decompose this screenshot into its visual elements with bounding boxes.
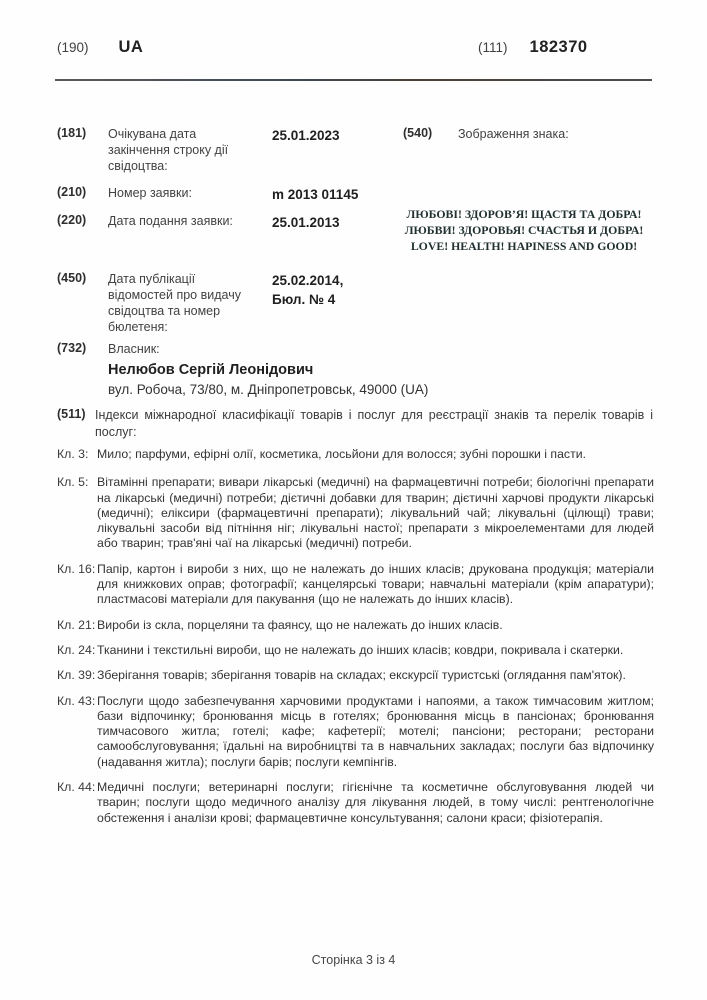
owner-name: Нелюбов Сергій Леонідович (108, 362, 313, 378)
owner-address: вул. Робоча, 73/80, м. Дніпропетровськ, … (108, 382, 428, 397)
trademark-certificate-page: (190) UA (111) 182370 (181) Очікувана да… (0, 0, 707, 1000)
header-right: (111) 182370 (478, 38, 588, 57)
class-row: Кл. 3: Мило; парфуми, ефірні олії, косме… (57, 447, 654, 462)
trademark-text: ЛЮБОВІ! ЗДОРОВ’Я! ЩАСТЯ ТА ДОБРА! ЛЮБВИ!… (398, 206, 650, 255)
field-owner: (732) Власник: (57, 341, 260, 357)
field-publication-date: (450) Дата публікації відомостей про вид… (57, 271, 452, 335)
classes-list: Кл. 3: Мило; парфуми, ефірні олії, косме… (57, 447, 654, 836)
class-description: Послуги щодо забезпечування харчовими пр… (97, 694, 654, 770)
field-application-number: (210) Номер заявки: m 2013 01145 (57, 185, 452, 204)
class-number: Кл. 3: (57, 447, 97, 462)
application-number-value: m 2013 01145 (272, 185, 452, 204)
application-number-label: Номер заявки: (108, 185, 260, 201)
class-description: Медичні послуги; ветеринарні послуги; гі… (97, 780, 654, 826)
header-divider (55, 79, 652, 81)
class-number: Кл. 43: (57, 694, 97, 770)
inid-code-111: (111) (478, 40, 508, 55)
expiry-date-label: Очікувана дата закінчення строку дії сві… (108, 126, 260, 174)
class-number: Кл. 39: (57, 668, 97, 683)
class-row: Кл. 16: Папір, картон і вироби з них, що… (57, 562, 654, 608)
field-classification: (511) Індекси міжнародної класифікації т… (57, 407, 653, 441)
filing-date-label: Дата подання заявки: (108, 213, 260, 229)
class-description: Зберігання товарів; зберігання товарів н… (97, 668, 654, 683)
field-expiry-date: (181) Очікувана дата закінчення строку д… (57, 126, 452, 174)
class-number: Кл. 16: (57, 562, 97, 608)
publication-date-value: 25.02.2014, Бюл. № 4 (272, 271, 452, 309)
inid-code-511: (511) (57, 407, 95, 441)
registration-number: 182370 (530, 38, 588, 57)
class-number: Кл. 44: (57, 780, 97, 826)
inid-code-540: (540) (403, 126, 458, 142)
country-code: UA (119, 38, 144, 57)
class-description: Вітамінні препарати; вивари лікарські (м… (97, 475, 654, 551)
classification-label: Індекси міжнародної класифікації товарів… (95, 407, 653, 441)
owner-label: Власник: (108, 341, 260, 357)
inid-code-181: (181) (57, 126, 108, 140)
class-number: Кл. 21: (57, 618, 97, 633)
inid-code-732: (732) (57, 341, 108, 357)
class-number: Кл. 24: (57, 643, 97, 658)
class-row: Кл. 21: Вироби із скла, порцеляни та фая… (57, 618, 654, 633)
class-row: Кл. 43: Послуги щодо забезпечування харч… (57, 694, 654, 770)
class-description: Тканини і текстильні вироби, що не належ… (97, 643, 654, 658)
class-row: Кл. 39: Зберігання товарів; зберігання т… (57, 668, 654, 683)
inid-code-210: (210) (57, 185, 108, 199)
inid-code-190: (190) (57, 40, 89, 55)
class-row: Кл. 44: Медичні послуги; ветеринарні пос… (57, 780, 654, 826)
class-row: Кл. 24: Тканини і текстильні вироби, що … (57, 643, 654, 658)
class-number: Кл. 5: (57, 475, 97, 551)
inid-code-220: (220) (57, 213, 108, 227)
header-left: (190) UA (57, 38, 143, 57)
class-row: Кл. 5: Вітамінні препарати; вивари лікар… (57, 475, 654, 551)
field-mark-image: (540) Зображення знака: (403, 126, 610, 142)
field-filing-date: (220) Дата подання заявки: 25.01.2013 (57, 213, 452, 232)
inid-code-450: (450) (57, 271, 108, 285)
class-description: Папір, картон і вироби з них, що не нале… (97, 562, 654, 608)
class-description: Вироби із скла, порцеляни та фаянсу, що … (97, 618, 654, 633)
publication-date-label: Дата публікації відомостей про видачу св… (108, 271, 260, 335)
mark-image-label: Зображення знака: (458, 126, 610, 142)
class-description: Мило; парфуми, ефірні олії, косметика, л… (97, 447, 654, 462)
page-indicator: Сторінка 3 із 4 (0, 953, 707, 967)
